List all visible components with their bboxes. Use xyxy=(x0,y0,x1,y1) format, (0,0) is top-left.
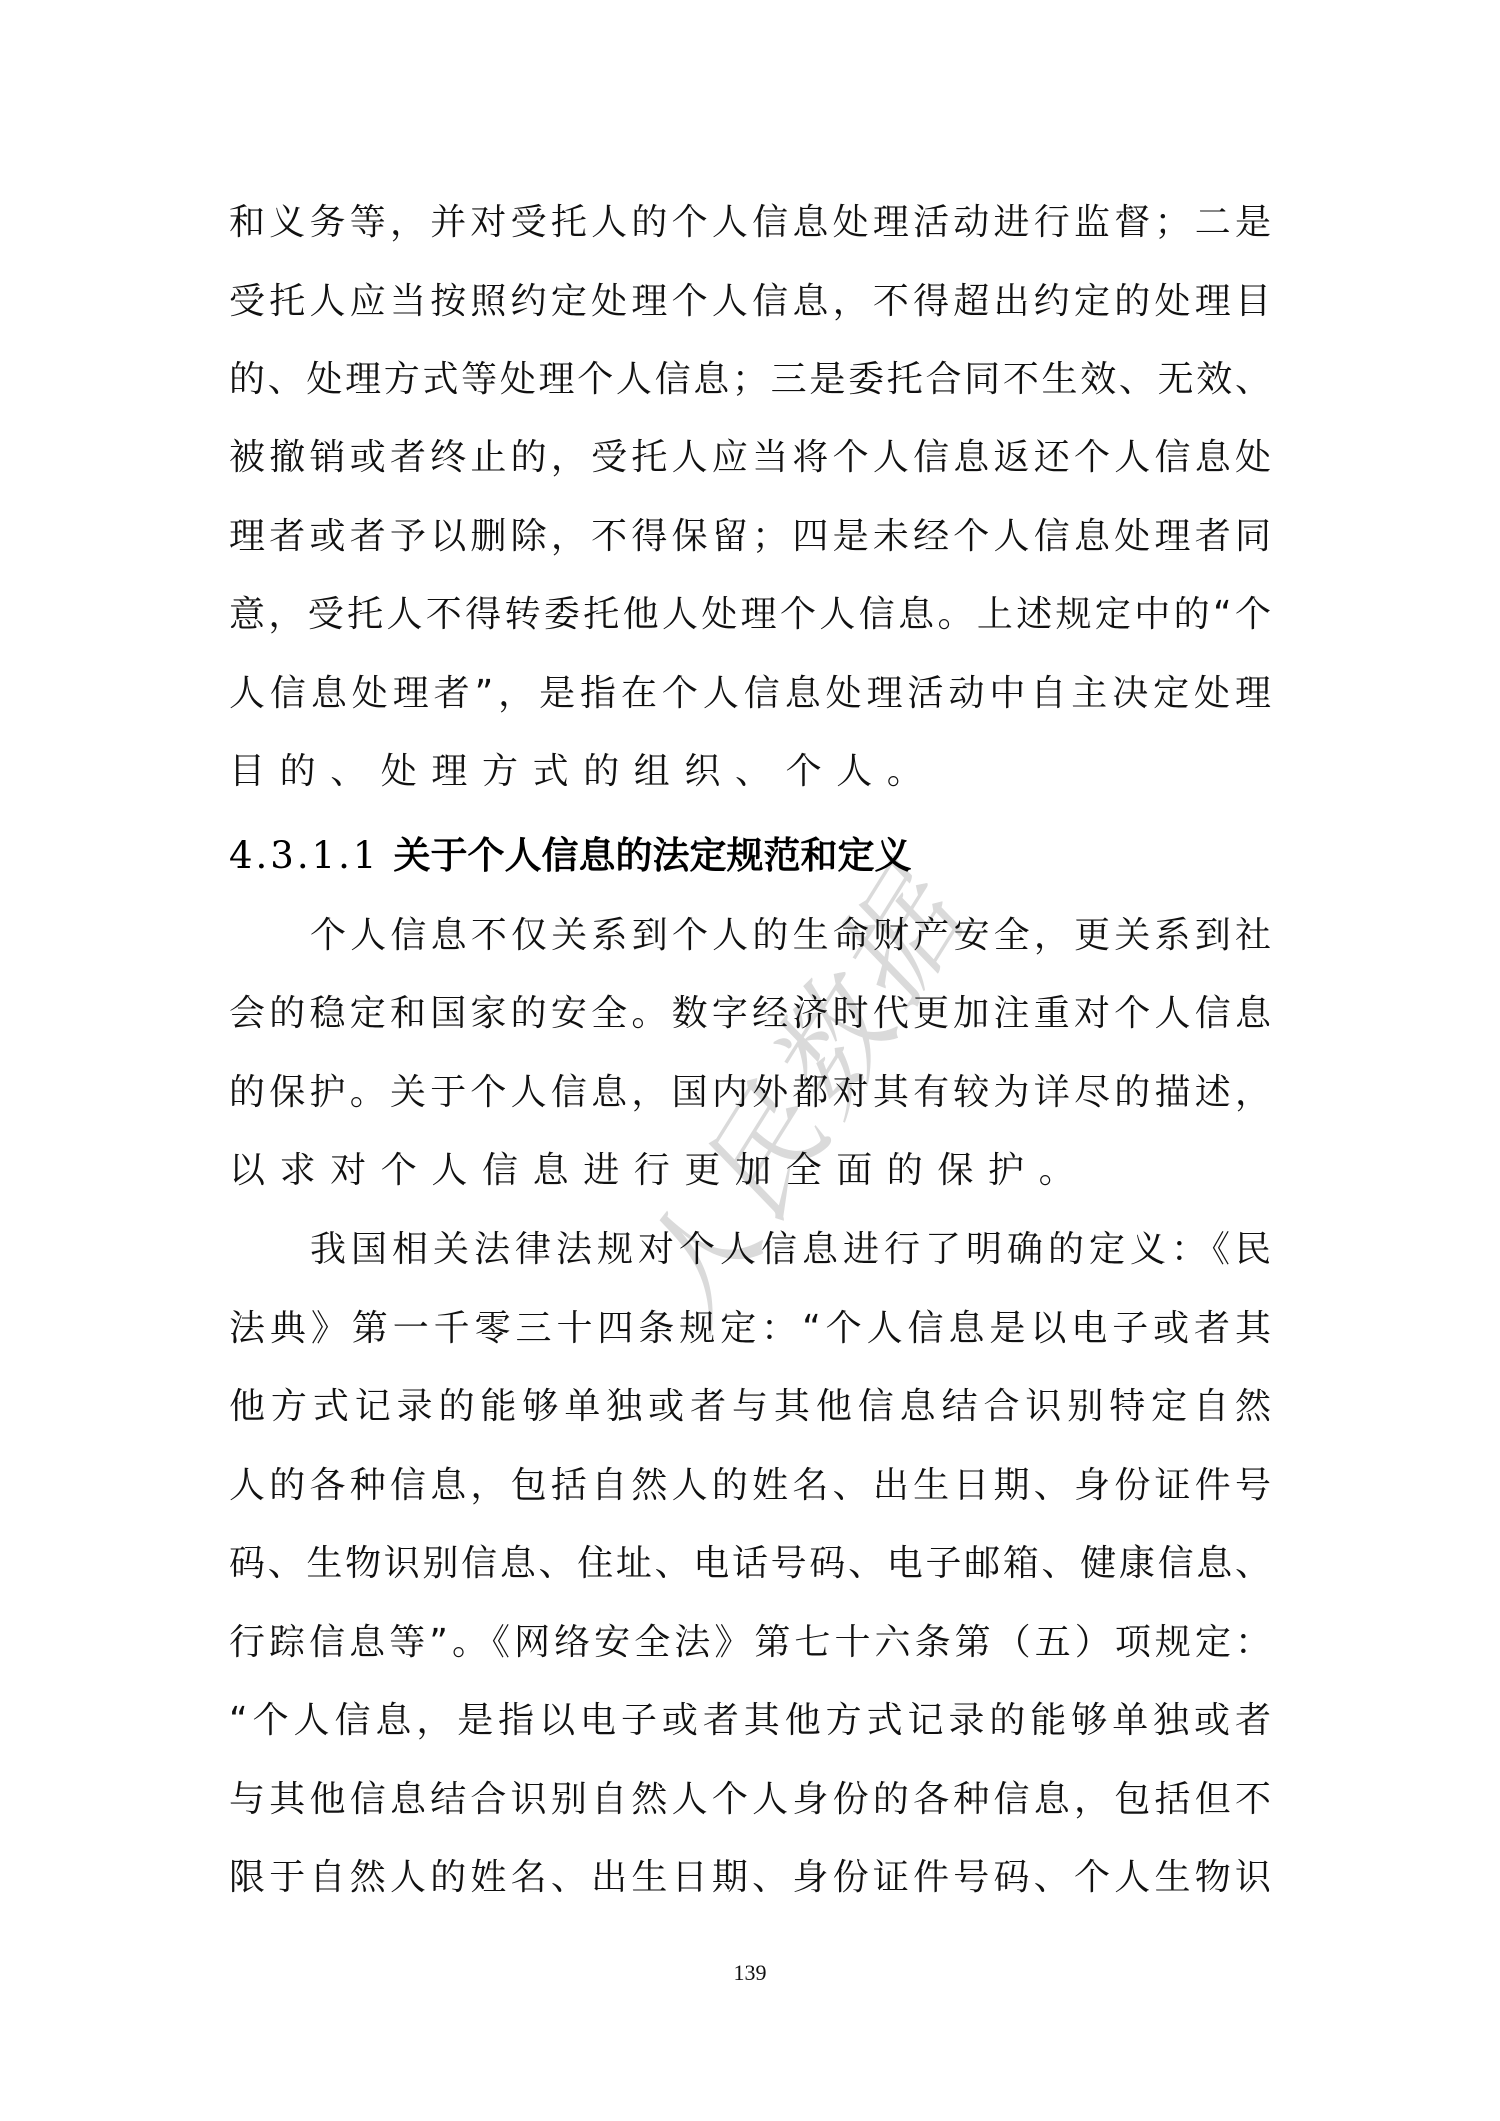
text-line: 的、处理方式等处理个人信息；三是委托合同不生效、无效、 xyxy=(229,350,1271,410)
text-line: 受托人应当按照约定处理个人信息，不得超出约定的处理目 xyxy=(229,272,1271,332)
text-line: 理者或者予以删除，不得保留；四是未经个人信息处理者同 xyxy=(229,507,1271,567)
section-number: 4.3.1.1 xyxy=(229,834,379,877)
text-line: 码、生物识别信息、住址、电话号码、电子邮箱、健康信息、 xyxy=(229,1534,1271,1594)
page-number: 139 xyxy=(0,1960,1500,1986)
text-line: 个人信息不仅关系到个人的生命财产安全，更关系到社 xyxy=(310,906,1271,966)
section-title: 关于个人信息的法定规范和定义 xyxy=(393,834,911,877)
document-page: 人民数据 和义务等，并对受托人的个人信息处理活动进行监督；二是 受托人应当按照约… xyxy=(0,0,1500,2121)
text-line: 限于自然人的姓名、出生日期、身份证件号码、个人生物识 xyxy=(229,1848,1271,1908)
text-line: 他方式记录的能够单独或者与其他信息结合识别特定自然 xyxy=(229,1377,1271,1437)
section-heading: 4.3.1.1关于个人信息的法定规范和定义 xyxy=(229,826,911,886)
text-line: 法典》第一千零三十四条规定：“个人信息是以电子或者其 xyxy=(229,1299,1271,1359)
text-line: 人信息处理者”，是指在个人信息处理活动中自主决定处理 xyxy=(229,664,1271,724)
text-line: 人的各种信息，包括自然人的姓名、出生日期、身份证件号 xyxy=(229,1456,1271,1516)
text-line: 的保护。关于个人信息，国内外都对其有较为详尽的描述， xyxy=(229,1063,1271,1123)
text-line: 会的稳定和国家的安全。数字经济时代更加注重对个人信息 xyxy=(229,984,1271,1044)
text-line: 和义务等，并对受托人的个人信息处理活动进行监督；二是 xyxy=(229,193,1271,253)
text-line: 与其他信息结合识别自然人个人身份的各种信息，包括但不 xyxy=(229,1770,1271,1830)
text-line: 我国相关法律法规对个人信息进行了明确的定义：《民 xyxy=(310,1220,1271,1280)
text-line: “个人信息，是指以电子或者其他方式记录的能够单独或者 xyxy=(229,1691,1271,1751)
text-line: 以求对个人信息进行更加全面的保护。 xyxy=(229,1141,1271,1201)
text-line: 意，受托人不得转委托他人处理个人信息。上述规定中的“个 xyxy=(229,585,1271,645)
text-line: 被撤销或者终止的，受托人应当将个人信息返还个人信息处 xyxy=(229,428,1271,488)
text-line: 目的、处理方式的组织、个人。 xyxy=(229,742,1271,802)
text-line: 行踪信息等”。《网络安全法》第七十六条第（五）项规定： xyxy=(229,1613,1271,1673)
